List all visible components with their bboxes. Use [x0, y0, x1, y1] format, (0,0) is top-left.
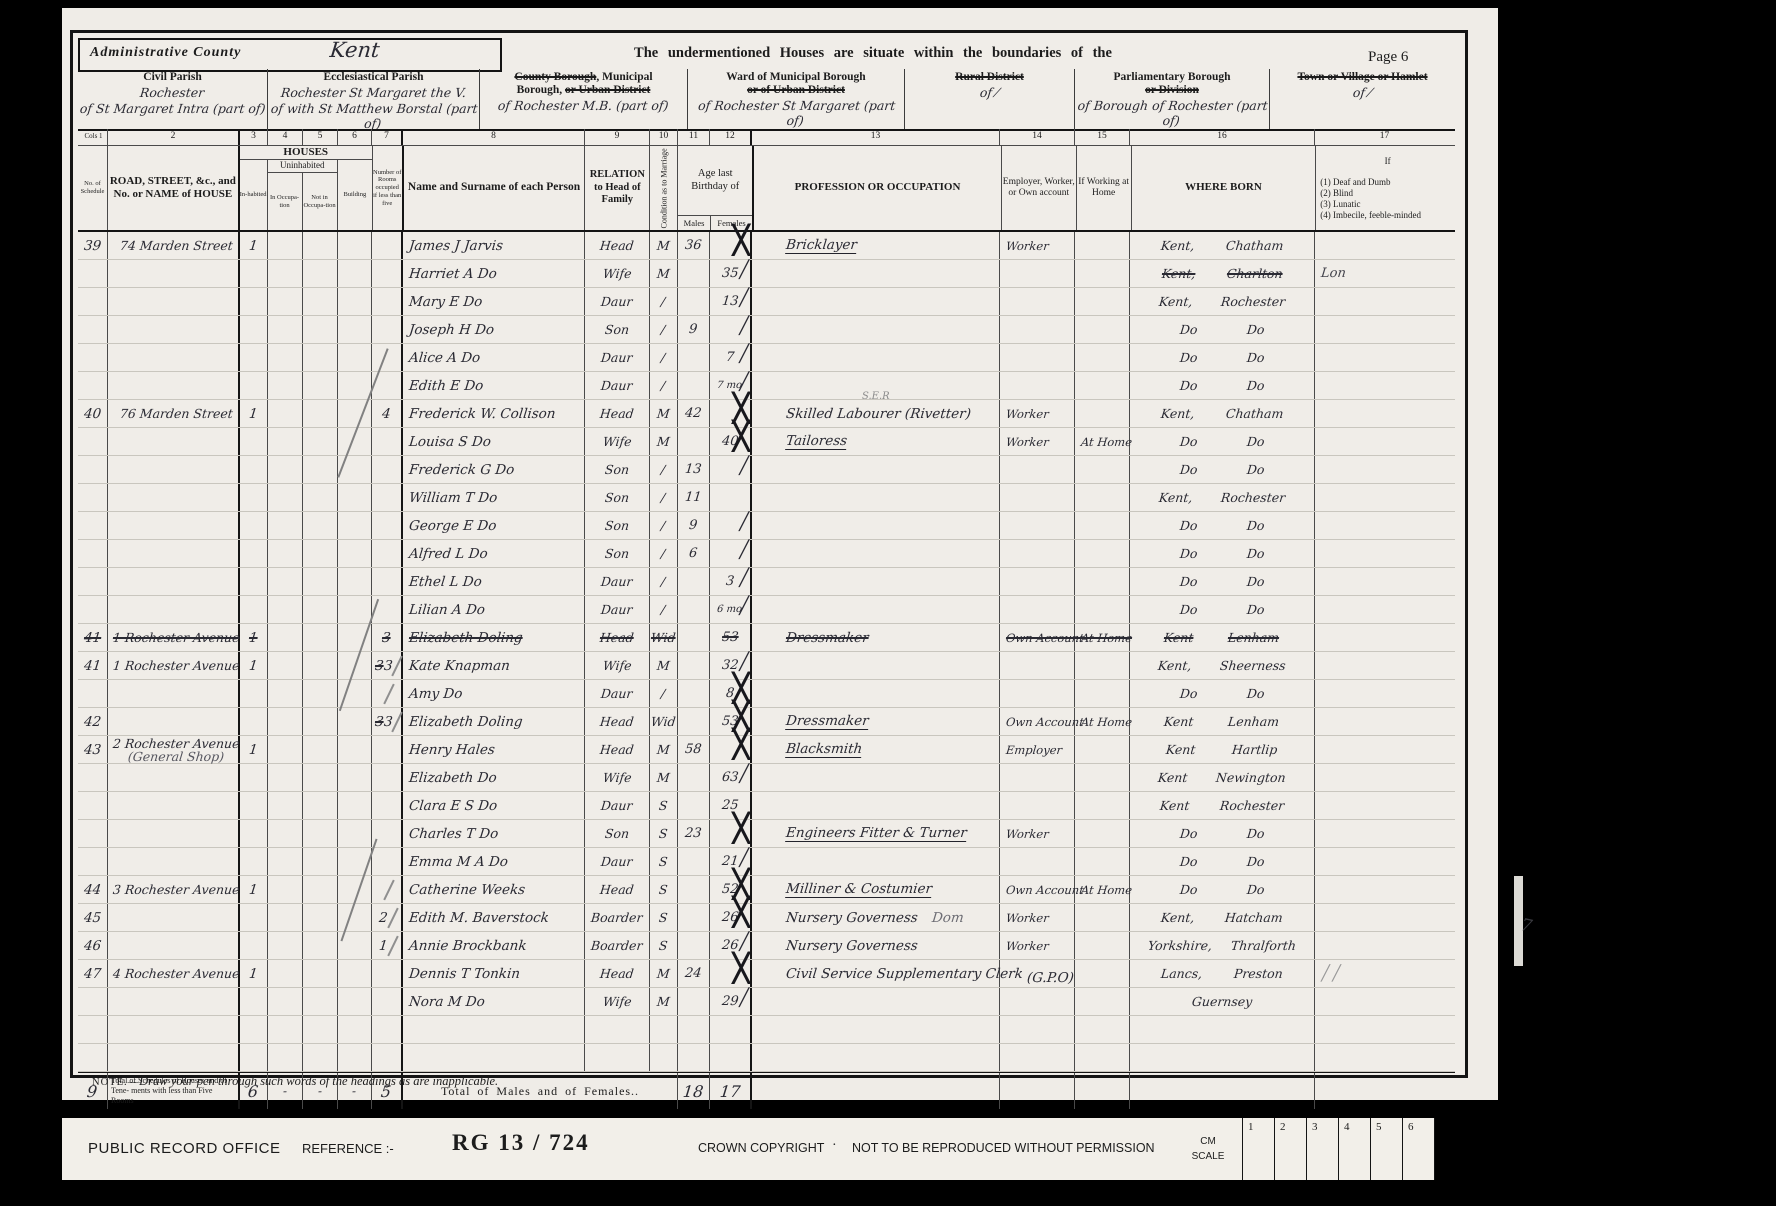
cell-schedule-number: [78, 512, 108, 539]
cell-in-occupation: [268, 540, 303, 567]
cell-building: [338, 1016, 372, 1043]
cell-working-at-home: At Home: [1075, 624, 1130, 651]
cell-condition: S: [650, 792, 678, 819]
header-profession: PROFESSION OR OCCUPATION: [754, 146, 1002, 230]
footnote: NOTE.—Draw your pen through such words o…: [92, 1074, 498, 1089]
cell-working-at-home: [1075, 540, 1130, 567]
cell-employer-worker: [1000, 680, 1075, 707]
header-not-in-occupation: Not in Occupa-tion: [303, 173, 337, 230]
cell-not-in-occupation: [303, 540, 338, 567]
cell-infirmities: [1315, 596, 1454, 623]
cell-employer-worker: Worker: [1000, 400, 1075, 427]
cell-relation: Head: [585, 400, 650, 427]
header-relation: RELATION to Head of Family: [585, 146, 650, 230]
cell-inhabited: [240, 1016, 268, 1043]
cell-person-name: Elizabeth Doling: [403, 624, 585, 651]
cell-working-at-home: [1075, 316, 1130, 343]
cell-infirmities: [1315, 484, 1454, 511]
cell-not-in-occupation: [303, 316, 338, 343]
cell-infirmities: [1315, 764, 1454, 791]
cell-building: [338, 596, 372, 623]
cell-age-male: [678, 1016, 710, 1043]
cell-inhabited: [240, 848, 268, 875]
census-row: 443 Rochester Avenue1Catherine WeeksHead…: [78, 876, 1455, 904]
cell-where-born: DoDo: [1130, 680, 1315, 707]
total-empty-16: [1130, 1073, 1315, 1109]
cell-infirmities: ╱╱: [1315, 960, 1454, 987]
cell-not-in-occupation: [303, 680, 338, 707]
cell-not-in-occupation: [303, 428, 338, 455]
col-number: 11: [678, 129, 710, 145]
total-males: 18: [678, 1073, 710, 1109]
cell-road-name: [108, 288, 240, 315]
cell-inhabited: [240, 792, 268, 819]
cell-schedule-number: [78, 540, 108, 567]
cell-profession: ╱: [752, 344, 1000, 371]
cell-infirmities: [1315, 904, 1454, 931]
census-row: 4076 Marden Street14Frederick W. Colliso…: [78, 400, 1455, 428]
cell-road-name: [108, 540, 240, 567]
enumerator-slash-mark: ╱: [739, 456, 749, 476]
cell-schedule-number: [78, 764, 108, 791]
cell-relation: Wife: [585, 988, 650, 1015]
census-row: Alice A DoDaur∕7╱DoDo: [78, 344, 1455, 372]
cell-where-born: DoDo: [1130, 568, 1315, 595]
cell-age-male: [678, 904, 710, 931]
cell-road-name: [108, 456, 240, 483]
col-number: 16: [1130, 129, 1315, 145]
cell-rooms: [372, 680, 403, 707]
cell-not-in-occupation: [303, 372, 338, 399]
page-number: Page 6: [1368, 49, 1408, 66]
cell-schedule-number: [78, 344, 108, 371]
cell-building: [338, 512, 372, 539]
col-number: 7: [372, 129, 403, 145]
cell-age-male: [678, 260, 710, 287]
cell-not-in-occupation: [303, 624, 338, 651]
cell-condition: S: [650, 820, 678, 847]
cell-profession: ╱: [752, 456, 1000, 483]
cell-not-in-occupation: [303, 736, 338, 763]
cell-rooms: [372, 764, 403, 791]
cell-schedule-number: 47: [78, 960, 108, 987]
cell-inhabited: [240, 568, 268, 595]
cell-person-name: Harriet A Do: [403, 260, 585, 287]
cell-in-occupation: [268, 792, 303, 819]
header-uninhabited-group: Uninhabited In Occupa-tion Not in Occupa…: [268, 160, 338, 230]
cell-where-born: DoDo: [1130, 848, 1315, 875]
cell-working-at-home: [1075, 932, 1130, 959]
cell-not-in-occupation: [303, 456, 338, 483]
census-row: [78, 1044, 1455, 1072]
cell-building: [338, 316, 372, 343]
cell-inhabited: [240, 932, 268, 959]
cell-infirmities: [1315, 736, 1454, 763]
pencil-annotation: Lon: [1320, 266, 1346, 281]
cell-where-born: Kent,Charlton: [1130, 260, 1315, 287]
cell-schedule-number: [78, 680, 108, 707]
enumerator-cross-mark: ╳: [733, 393, 749, 424]
cell-road-name: [108, 904, 240, 931]
enumerator-cross-mark: ╳: [733, 421, 749, 452]
enumerator-cross-mark: ╳: [733, 729, 749, 760]
cell-schedule-number: 46: [78, 932, 108, 959]
cell-not-in-occupation: [303, 820, 338, 847]
cell-age-male: 23: [678, 820, 710, 847]
cell-condition: M: [650, 652, 678, 679]
pencil-annotation: ╱╱: [1321, 964, 1343, 983]
cell-not-in-occupation: [303, 764, 338, 791]
cell-schedule-number: [78, 456, 108, 483]
cell-inhabited: [240, 820, 268, 847]
cell-profession: ╳Tailoress: [752, 428, 1000, 455]
cell-rooms: [372, 792, 403, 819]
cell-age-male: 13: [678, 456, 710, 483]
header-road: ROAD, STREET, &c., and No. or NAME of HO…: [108, 146, 240, 230]
header-name: Name and Surname of each Person: [404, 146, 586, 230]
cell-working-at-home: [1075, 764, 1130, 791]
cell-age-male: [678, 708, 710, 735]
cell-in-occupation: [268, 512, 303, 539]
cell-age-female: [710, 1044, 752, 1071]
cell-age-male: 9: [678, 512, 710, 539]
cell-not-in-occupation: [303, 260, 338, 287]
cell-age-male: [678, 288, 710, 315]
cell-condition: Wid: [650, 624, 678, 651]
cell-working-at-home: [1075, 960, 1130, 987]
cell-age-male: [678, 988, 710, 1015]
cell-road-name: [108, 820, 240, 847]
census-row: 474 Rochester Avenue1Dennis T TonkinHead…: [78, 960, 1455, 988]
cell-age-male: 11: [678, 484, 710, 511]
cell-rooms: [372, 736, 403, 763]
cell-profession: Dressmaker: [752, 624, 1000, 651]
footer-copyright: CROWN COPYRIGHT: [698, 1141, 824, 1155]
cell-condition: ∕: [650, 596, 678, 623]
col-number: 17: [1315, 129, 1454, 145]
cell-working-at-home: [1075, 596, 1130, 623]
cell-relation: Daur: [585, 288, 650, 315]
cell-age-male: [678, 652, 710, 679]
cell-building: [338, 792, 372, 819]
header-houses-group: HOUSES In-habited Uninhabited In Occupa-…: [240, 146, 373, 230]
census-row: Joseph H DoSon∕9╱DoDo: [78, 316, 1455, 344]
cell-profession: ╱: [752, 568, 1000, 595]
cell-person-name: Amy Do: [403, 680, 585, 707]
cell-employer-worker: [1000, 260, 1075, 287]
cell-profession: ╳Civil Service Supplementary Clerk(G.P.O…: [752, 960, 1000, 987]
enumerator-cross-mark: ╳: [733, 953, 749, 984]
cell-relation: Son: [585, 512, 650, 539]
census-row: Emma M A DoDaurS21╱DoDo: [78, 848, 1455, 876]
cell-person-name: Catherine Weeks: [403, 876, 585, 903]
cell-working-at-home: [1075, 288, 1130, 315]
footer-reference-number: RG 13 / 724: [452, 1130, 590, 1156]
cell-schedule-number: [78, 428, 108, 455]
total-empty-15: [1075, 1073, 1130, 1109]
cell-not-in-occupation: [303, 848, 338, 875]
cell-age-male: 9: [678, 316, 710, 343]
cell-not-in-occupation: [303, 568, 338, 595]
census-table: Cols 1234567891011121314151617 No. of Sc…: [78, 129, 1455, 1109]
ruler-cell: 4: [1339, 1118, 1371, 1180]
cell-in-occupation: [268, 1044, 303, 1071]
cell-infirmities: [1315, 876, 1454, 903]
cell-relation: Wife: [585, 428, 650, 455]
cell-road-name: 2 Rochester Avenue(General Shop): [108, 736, 240, 763]
cell-age-male: [678, 680, 710, 707]
cell-inhabited: [240, 484, 268, 511]
cell-profession: ╳Blacksmith: [752, 736, 1000, 763]
ruler-cell: 2: [1275, 1118, 1307, 1180]
cell-relation: Wife: [585, 764, 650, 791]
census-row: Edith E DoDaur∕7 mo╱DoDo: [78, 372, 1455, 400]
cell-where-born: DoDo: [1130, 820, 1315, 847]
cell-person-name: Elizabeth Do: [403, 764, 585, 791]
cell-profession: ╱: [752, 652, 1000, 679]
cell-infirmities: [1315, 288, 1454, 315]
header-building: Building: [338, 160, 372, 230]
col-number: 8: [403, 129, 585, 145]
cell-age-male: 36: [678, 232, 710, 259]
header-working-at-home: If Working at Home: [1077, 146, 1132, 230]
cell-condition: S: [650, 904, 678, 931]
cell-rooms: 4: [372, 400, 403, 427]
cell-employer-worker: [1000, 316, 1075, 343]
cell-infirmities: [1315, 232, 1454, 259]
cell-not-in-occupation: [303, 652, 338, 679]
cell-in-occupation: [268, 736, 303, 763]
cell-inhabited: [240, 988, 268, 1015]
cell-age-male: [678, 932, 710, 959]
cell-infirmities: [1315, 1044, 1454, 1071]
cell-person-name: Frederick G Do: [403, 456, 585, 483]
cell-road-name: [108, 512, 240, 539]
cell-schedule-number: [78, 1044, 108, 1071]
cell-where-born: Kent,Rochester: [1130, 288, 1315, 315]
cell-working-at-home: [1075, 372, 1130, 399]
cell-rooms: 3: [372, 624, 403, 651]
header-rooms: Number of Rooms occupied if less than fi…: [373, 146, 404, 230]
cell-relation: Son: [585, 316, 650, 343]
cell-not-in-occupation: [303, 288, 338, 315]
cell-age-female: 53: [710, 624, 752, 651]
cell-infirmities: [1315, 652, 1454, 679]
cell-in-occupation: [268, 932, 303, 959]
cell-condition: M: [650, 232, 678, 259]
cell-working-at-home: [1075, 680, 1130, 707]
cell-profession: ╳: [752, 680, 1000, 707]
cell-employer-worker: [1000, 568, 1075, 595]
enumerator-slash-mark: ╱: [739, 988, 749, 1008]
cell-person-name: Edith M. Baverstock: [403, 904, 585, 931]
cell-inhabited: [240, 1044, 268, 1071]
cell-age-male: [678, 1044, 710, 1071]
cell-person-name: William T Do: [403, 484, 585, 511]
cell-road-name: [108, 596, 240, 623]
cell-employer-worker: [1000, 288, 1075, 315]
cell-building: [338, 568, 372, 595]
cell-not-in-occupation: [303, 1044, 338, 1071]
cell-in-occupation: [268, 260, 303, 287]
cell-where-born: DoDo: [1130, 428, 1315, 455]
form-title: The undermentioned Houses are situate wi…: [503, 45, 1243, 62]
cell-where-born: DoDo: [1130, 540, 1315, 567]
cell-road-name: [108, 260, 240, 287]
cell-rooms: 33: [372, 652, 403, 679]
cell-road-name: [108, 988, 240, 1015]
enumerator-cross-mark: ╳: [733, 869, 749, 900]
cell-employer-worker: [1000, 1044, 1075, 1071]
cell-working-at-home: At Home: [1075, 708, 1130, 735]
cell-rooms: [372, 316, 403, 343]
cell-profession: ╱: [752, 260, 1000, 287]
cell-road-name: [108, 316, 240, 343]
cell-age-male: [678, 848, 710, 875]
cell-schedule-number: [78, 568, 108, 595]
census-paper: Administrative County Kent The underment…: [62, 8, 1498, 1100]
cell-road-name: [108, 708, 240, 735]
cell-rooms: [372, 288, 403, 315]
cell-working-at-home: [1075, 820, 1130, 847]
cell-condition: M: [650, 736, 678, 763]
cell-not-in-occupation: [303, 876, 338, 903]
cell-rooms: 33: [372, 708, 403, 735]
cell-condition: S: [650, 848, 678, 875]
header-infirmities: If(1) Deaf and Dumb(2) Blind(3) Lunatic(…: [1316, 146, 1455, 230]
census-row: Ethel L DoDaur∕3╱DoDo: [78, 568, 1455, 596]
cell-age-male: [678, 792, 710, 819]
enumerator-slash-mark: ╱: [739, 652, 749, 672]
cell-rooms: 2: [372, 904, 403, 931]
cell-not-in-occupation: [303, 596, 338, 623]
census-row: Nora M DoWifeM29╱Guernsey: [78, 988, 1455, 1016]
cell-employer-worker: Worker: [1000, 428, 1075, 455]
cell-condition: ∕: [650, 680, 678, 707]
column-headers-row: No. of Schedule ROAD, STREET, &c., and N…: [78, 146, 1455, 232]
footer-notice: NOT TO BE REPRODUCED WITHOUT PERMISSION: [852, 1141, 1155, 1155]
cell-inhabited: 1: [240, 400, 268, 427]
cell-condition: ∕: [650, 372, 678, 399]
cell-in-occupation: [268, 456, 303, 483]
census-row: George E DoSon∕9╱DoDo: [78, 512, 1455, 540]
cell-road-name: [108, 1016, 240, 1043]
cell-employer-worker: [1000, 1016, 1075, 1043]
cell-rooms: [372, 848, 403, 875]
census-row: 452Edith M. BaverstockBoarderS26╳Nursery…: [78, 904, 1455, 932]
cell-infirmities: [1315, 708, 1454, 735]
cell-not-in-occupation: [303, 400, 338, 427]
cell-rooms: [372, 568, 403, 595]
ruler-cell: 3: [1307, 1118, 1339, 1180]
cell-working-at-home: [1075, 652, 1130, 679]
enumerator-slash-mark: ╱: [739, 932, 749, 952]
cell-working-at-home: [1075, 1016, 1130, 1043]
cell-profession: ╳Skilled Labourer (Rivetter)S.E.R: [752, 400, 1000, 427]
cell-employer-worker: Worker: [1000, 820, 1075, 847]
cell-working-at-home: [1075, 792, 1130, 819]
cell-person-name: Ethel L Do: [403, 568, 585, 595]
administrative-county-box: Administrative County Kent: [78, 38, 502, 72]
cell-infirmities: [1315, 400, 1454, 427]
cell-schedule-number: [78, 792, 108, 819]
cell-inhabited: [240, 596, 268, 623]
cell-infirmities: [1315, 848, 1454, 875]
cell-relation: Boarder: [585, 904, 650, 931]
cell-inhabited: [240, 512, 268, 539]
cell-relation: Head: [585, 708, 650, 735]
cell-infirmities: [1315, 344, 1454, 371]
enumerator-slash-mark: ╱: [739, 596, 749, 616]
cell-where-born: [1130, 1016, 1315, 1043]
cell-not-in-occupation: [303, 708, 338, 735]
col-number: 2: [108, 129, 240, 145]
subheader-box: County Borough, MunicipalBorough, or Urb…: [480, 69, 688, 129]
cell-in-occupation: [268, 988, 303, 1015]
cell-in-occupation: [268, 1016, 303, 1043]
cell-age-male: 6: [678, 540, 710, 567]
cell-where-born: DoDo: [1130, 316, 1315, 343]
cell-person-name: James J Jarvis: [403, 232, 585, 259]
cell-where-born: Yorkshire,Thralforth: [1130, 932, 1315, 959]
census-row: Harriet A DoWifeM35╱Kent,CharltonLon: [78, 260, 1455, 288]
enumerator-slash-mark: ╱: [739, 540, 749, 560]
cell-where-born: KentHartlip: [1130, 736, 1315, 763]
col-number: 5: [303, 129, 338, 145]
cell-condition: S: [650, 932, 678, 959]
cell-relation: Daur: [585, 792, 650, 819]
cell-condition: [650, 1044, 678, 1071]
cell-inhabited: [240, 260, 268, 287]
cell-not-in-occupation: [303, 960, 338, 987]
cell-profession: ╱: [752, 596, 1000, 623]
cell-employer-worker: [1000, 792, 1075, 819]
cell-relation: [585, 1044, 650, 1071]
cell-profession: [752, 792, 1000, 819]
cell-relation: Boarder: [585, 932, 650, 959]
census-row: William T DoSon∕11Kent,Rochester: [78, 484, 1455, 512]
cell-road-name: [108, 932, 240, 959]
col-number: 15: [1075, 129, 1130, 145]
pencil-annotation: Dom: [931, 910, 964, 926]
cell-in-occupation: [268, 876, 303, 903]
cell-in-occupation: [268, 652, 303, 679]
cell-inhabited: [240, 344, 268, 371]
cell-condition: M: [650, 260, 678, 287]
cell-relation: Head: [585, 736, 650, 763]
cell-inhabited: [240, 764, 268, 791]
enumerator-cross-mark: ╳: [733, 673, 749, 704]
census-row: Elizabeth DoWifeM63╱KentNewington: [78, 764, 1455, 792]
cell-relation: [585, 1016, 650, 1043]
cell-where-born: DoDo: [1130, 876, 1315, 903]
header-age: Age last Birthday of: [678, 146, 752, 215]
cell-person-name: Edith E Do: [403, 372, 585, 399]
cell-inhabited: [240, 428, 268, 455]
cell-profession: ╳Dressmaker: [752, 708, 1000, 735]
footer-office: PUBLIC RECORD OFFICE: [88, 1140, 281, 1157]
cell-age-female: [710, 1016, 752, 1043]
col-number: 4: [268, 129, 303, 145]
cell-building: [338, 736, 372, 763]
cell-person-name: Annie Brockbank: [403, 932, 585, 959]
cell-rooms: [372, 484, 403, 511]
cell-schedule-number: 44: [78, 876, 108, 903]
subheader-box: Town or Village or Hamletof ⁄: [1270, 69, 1455, 129]
cell-employer-worker: Own Account: [1000, 624, 1075, 651]
cell-in-occupation: [268, 764, 303, 791]
cell-in-occupation: [268, 624, 303, 651]
